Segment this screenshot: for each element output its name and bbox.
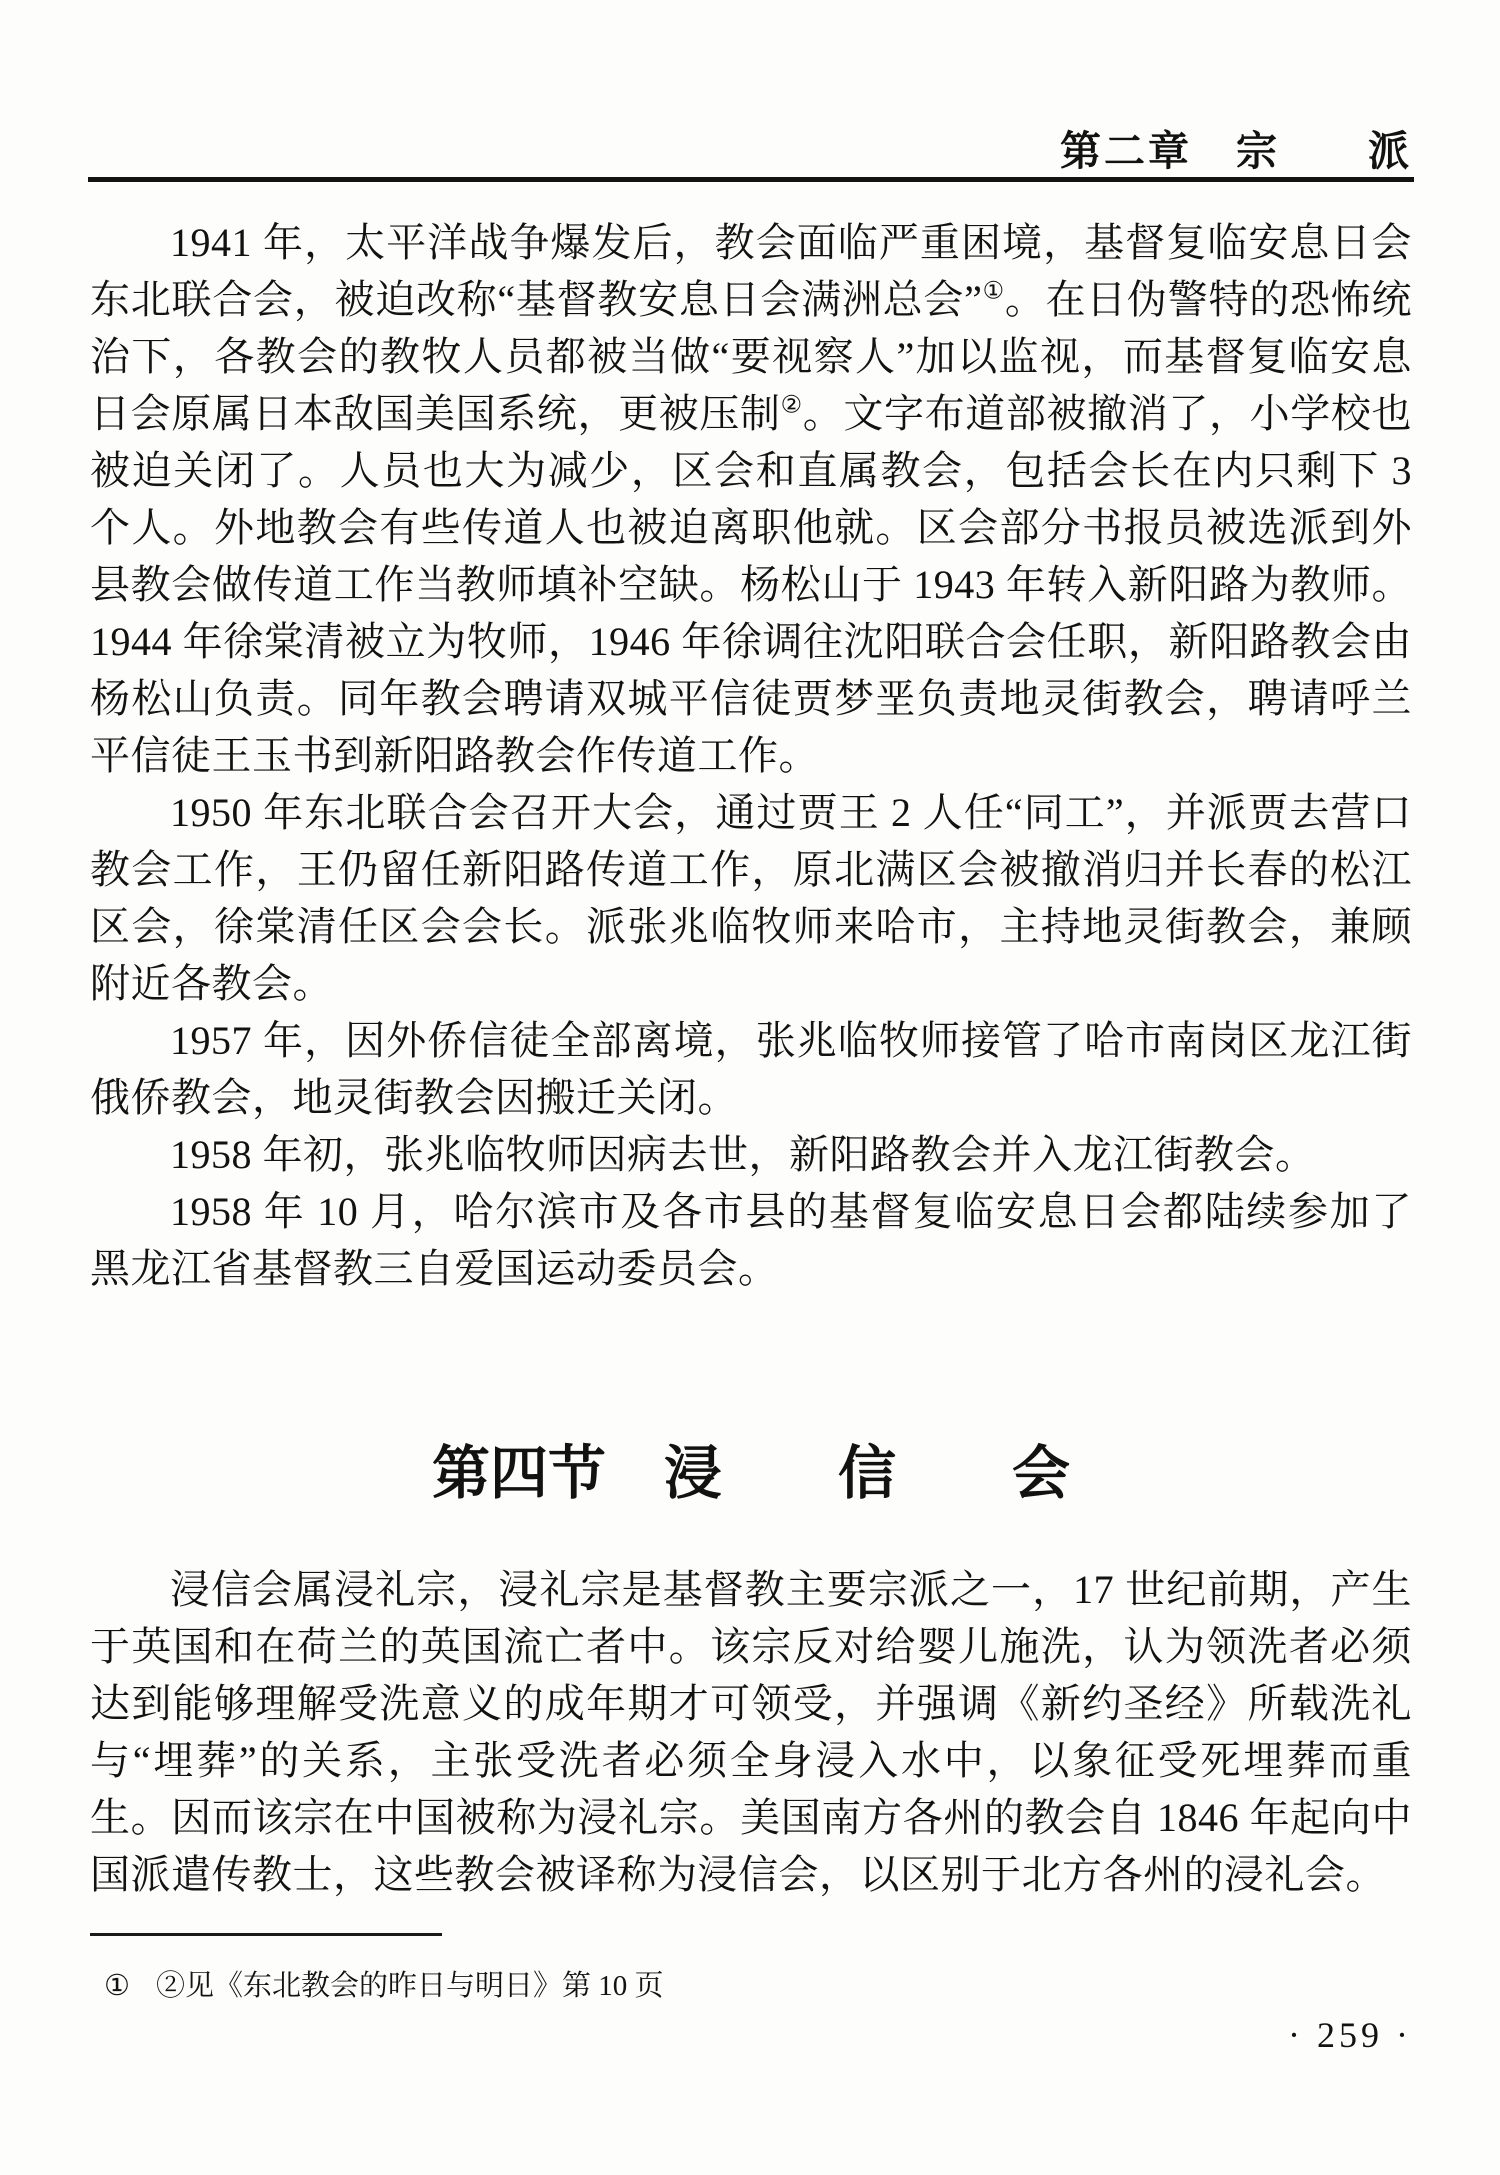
footnote-ref: ① — [982, 279, 1005, 305]
paragraph: 1958 年初，张兆临牧师因病去世，新阳路教会并入龙江街教会。 — [90, 1126, 1412, 1183]
paragraph: 1941 年，太平洋战争爆发后，教会面临严重困境，基督复临安息日会东北联合会，被… — [90, 214, 1412, 784]
page-body: 1941 年，太平洋战争爆发后，教会面临严重困境，基督复临安息日会东北联合会，被… — [90, 214, 1412, 1903]
paragraph-text: 1958 年 10 月，哈尔滨市及各市县的基督复临安息日会都陆续参加了黑龙江省基… — [90, 1189, 1412, 1291]
footnote-marker: ① — [104, 1970, 130, 2002]
section-heading: 第四节 浸 信 会 — [90, 1439, 1412, 1509]
footnote: ①②见《东北教会的昨日与明日》第 10 页 — [104, 1966, 1404, 2006]
footnote-ref: ② — [781, 393, 803, 419]
page-number: · 259 · — [90, 2014, 1412, 2056]
paragraph-text: 。文字布道部被撤消了，小学校也被迫关闭了。人员也大为减少，区会和直属教会，包括会… — [90, 391, 1412, 778]
paragraph: 浸信会属浸礼宗，浸礼宗是基督教主要宗派之一，17 世纪前期，产生于英国和在荷兰的… — [90, 1561, 1412, 1903]
paragraph: 1950 年东北联合会召开大会，通过贾王 2 人任“同工”，并派贾去营口教会工作… — [90, 784, 1412, 1012]
header-rule — [88, 177, 1414, 182]
footnote-rule — [90, 1933, 442, 1936]
footnote-text: ②见《东北教会的昨日与明日》第 10 页 — [156, 1970, 664, 2002]
paragraph-text: 1958 年初，张兆临牧师因病去世，新阳路教会并入龙江街教会。 — [170, 1132, 1316, 1177]
book-page: 第二章 宗 派 1941 年，太平洋战争爆发后，教会面临严重困境，基督复临安息日… — [0, 0, 1500, 2175]
paragraph-text: 1950 年东北联合会召开大会，通过贾王 2 人任“同工”，并派贾去营口教会工作… — [90, 790, 1412, 1006]
paragraph-text: 1957 年，因外侨信徒全部离境，张兆临牧师接管了哈市南岗区龙江街俄侨教会，地灵… — [90, 1018, 1412, 1120]
section-paragraphs: 浸信会属浸礼宗，浸礼宗是基督教主要宗派之一，17 世纪前期，产生于英国和在荷兰的… — [90, 1561, 1412, 1903]
running-header: 第二章 宗 派 — [90, 118, 1412, 177]
paragraph: 1957 年，因外侨信徒全部离境，张兆临牧师接管了哈市南岗区龙江街俄侨教会，地灵… — [90, 1012, 1412, 1126]
paragraph: 1958 年 10 月，哈尔滨市及各市县的基督复临安息日会都陆续参加了黑龙江省基… — [90, 1183, 1412, 1297]
body-paragraphs: 1941 年，太平洋战争爆发后，教会面临严重困境，基督复临安息日会东北联合会，被… — [90, 214, 1412, 1297]
paragraph-text: 浸信会属浸礼宗，浸礼宗是基督教主要宗派之一，17 世纪前期，产生于英国和在荷兰的… — [90, 1567, 1412, 1897]
